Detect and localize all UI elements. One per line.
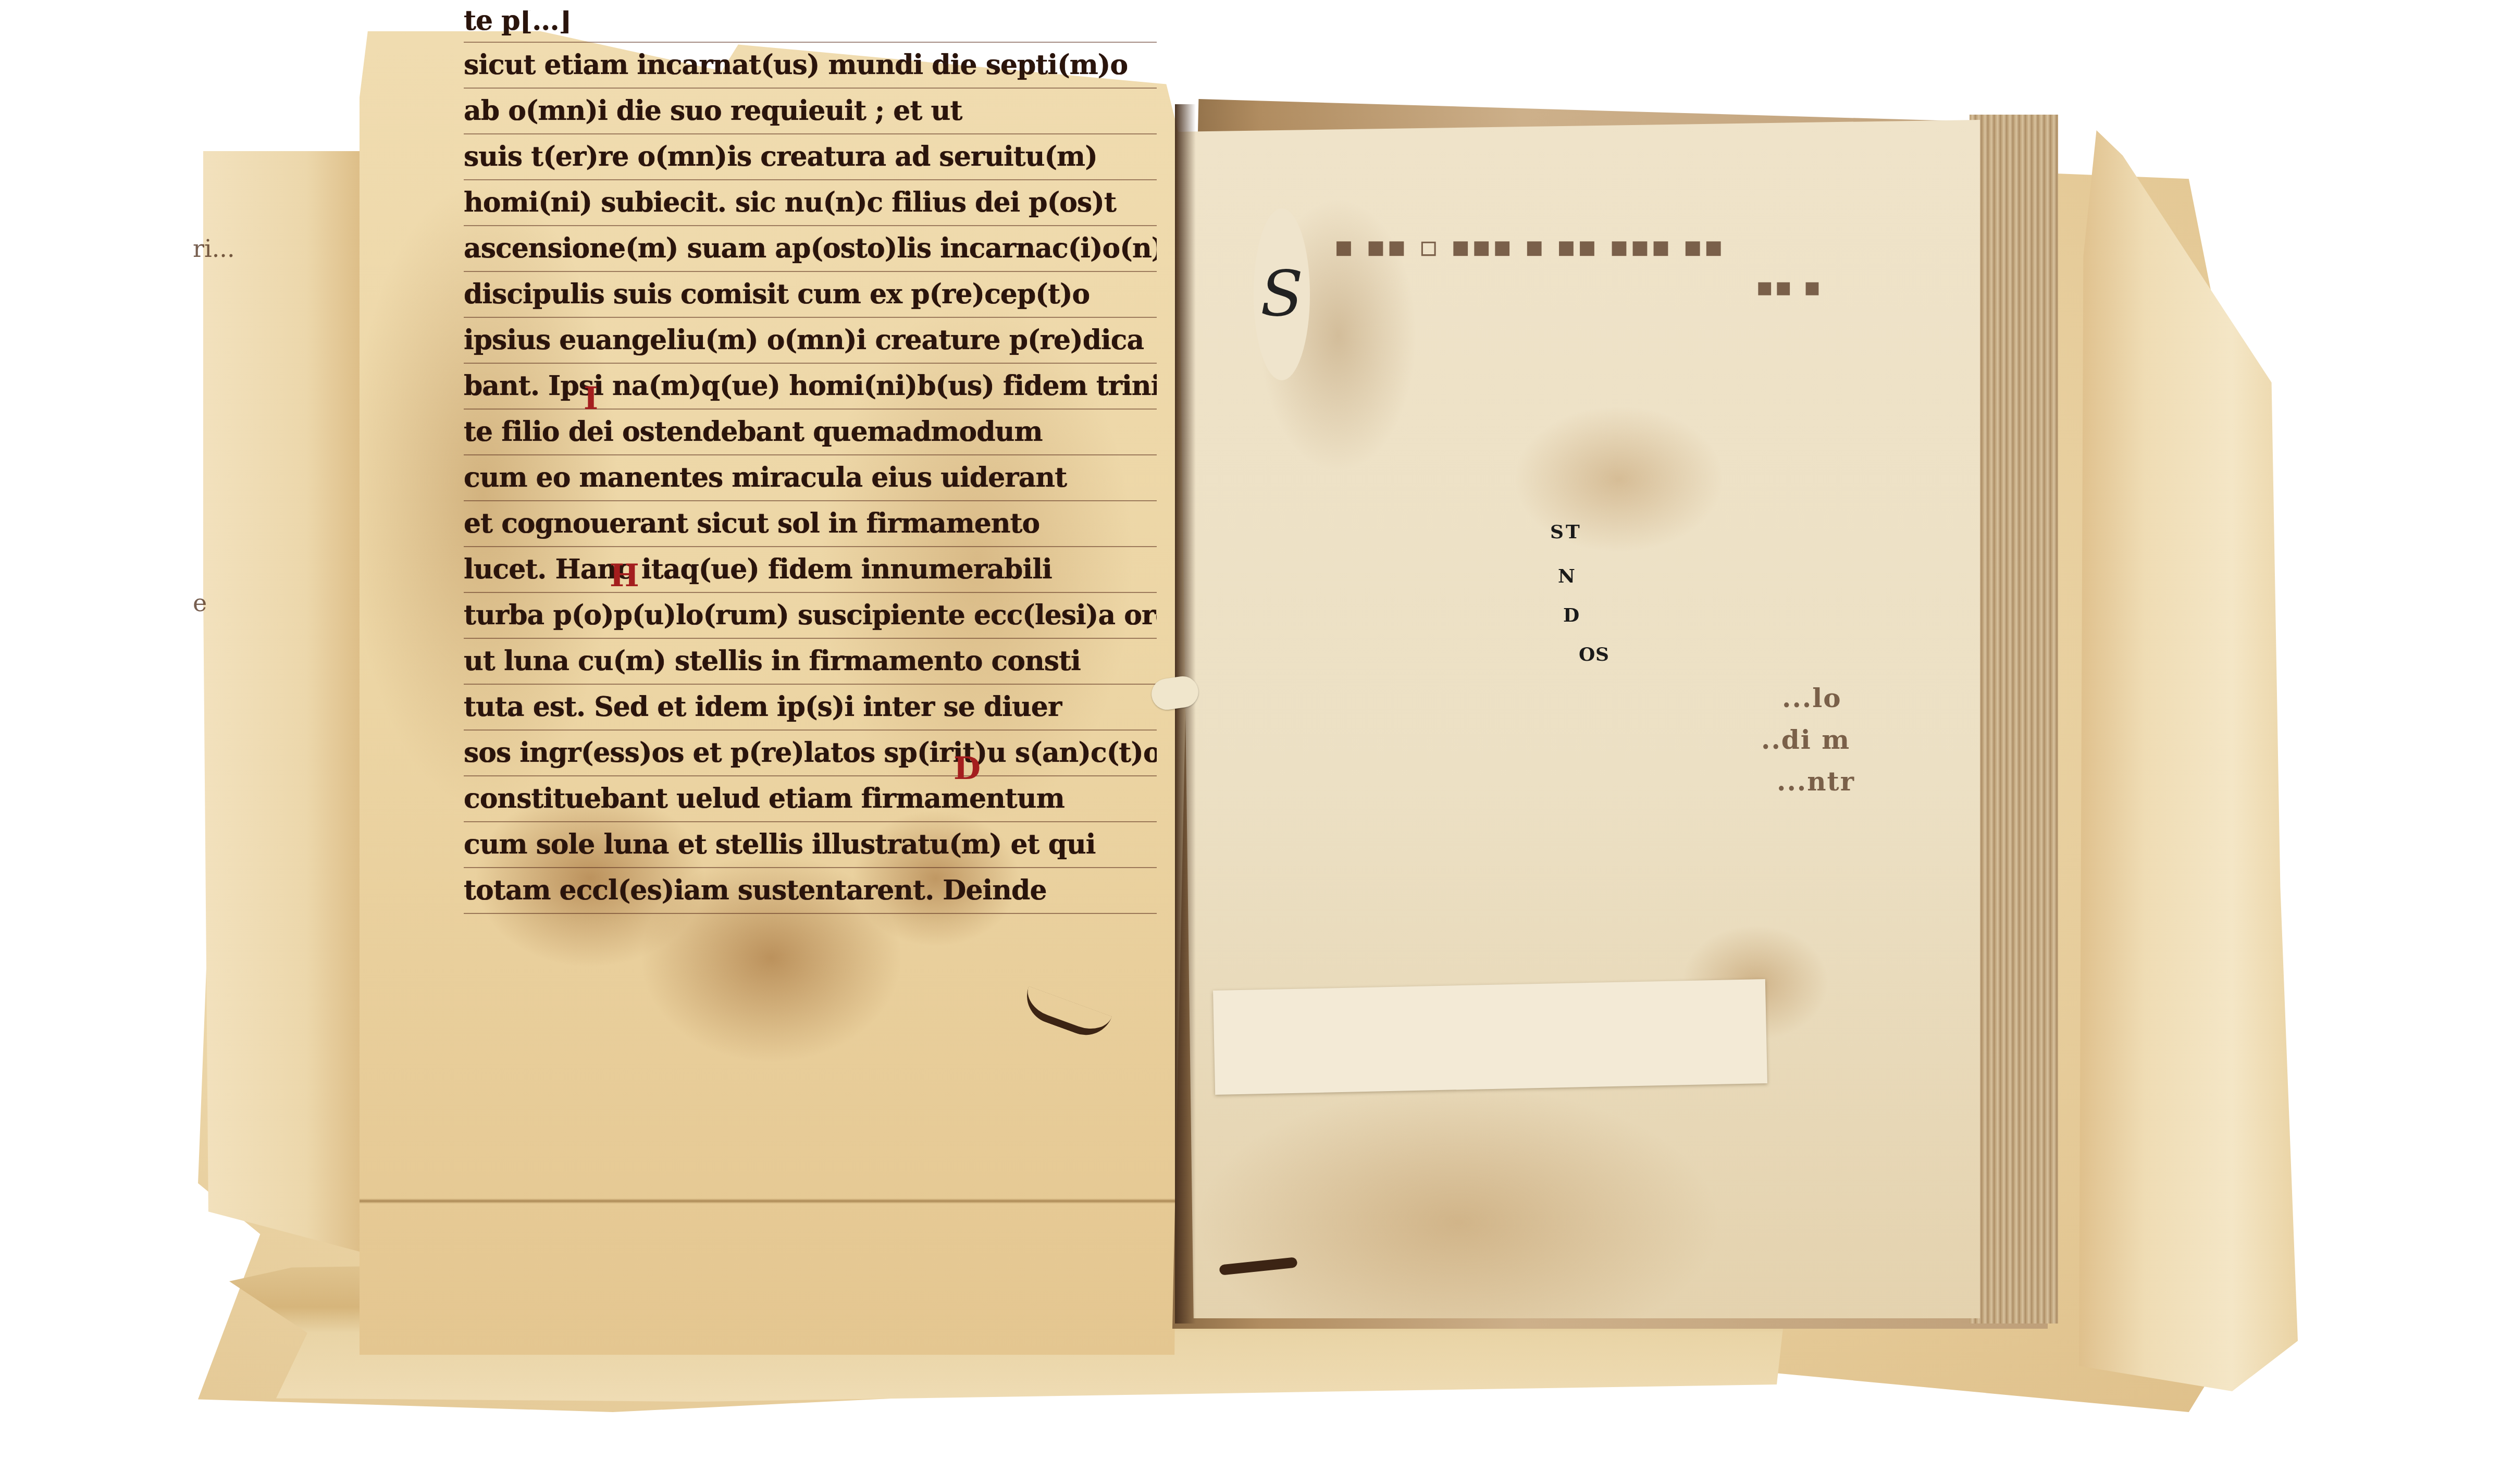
manuscript-line: totam eccl(es)iam sustentarent. Deinde [464,868,1157,914]
printed-capital: N [1558,565,1575,587]
offset-print-row: ▪ ▪▪ ▫ ▪▪▪ ▪ ▪▪ ▪▪▪ ▪▪ [1334,229,1725,264]
manuscript-line: sicut etiam incarnat(us) mundi die septi… [464,43,1157,89]
manuscript-line: homi(ni) subiecit. sic nu(n)c filius dei… [464,180,1157,226]
wrapper-left-flap [203,151,375,1256]
manuscript-line: discipulis suis comisit cum ex p(re)cep(… [464,272,1157,318]
manuscript-line: cum sole luna et stellis illustratu(m) e… [464,822,1157,868]
manuscript-line: suis t(er)re o(mn)is creatura ad seruitu… [464,134,1157,180]
manuscript-line: lucet. Hanc itaq(ue) fidem innumerabili [464,547,1157,593]
offset-print-fragment: ▪▪ ▪ [1756,271,1822,302]
manuscript-text-block: te p[...] sicut etiam incarnat(us) mundi… [464,10,1157,914]
manuscript-line: ut luna cu(m) stellis in firmamento cons… [464,639,1157,685]
rubric-initial: I [584,380,598,417]
printed-capital: D [1563,604,1579,626]
manuscript-line: cum eo manentes miracula eius uiderant [464,455,1157,501]
offset-print-fragment: ...ntr [1777,766,1855,797]
printed-capital: S [1595,644,1609,665]
rubric-initial: D [954,750,981,787]
manuscript-line: sos ingr(ess)os et p(re)latos sp(irit)u … [464,731,1157,776]
gutter-shadow [1175,104,1196,1324]
printed-capital: S [1550,521,1564,543]
manuscript-line: constituebant uelud etiam firmamentum [464,776,1157,822]
paper-repair-strip [1213,979,1767,1095]
fold-line [360,1198,1183,1204]
manuscript-line: ipsius euangeliu(m) o(mn)i creature p(re… [464,318,1157,364]
manuscript-line: bant. Ipsi na(m)q(ue) homi(ni)b(us) fide… [464,364,1157,410]
offset-print-fragment: ..di m [1761,724,1850,755]
printed-capital: O [1579,644,1595,665]
wrapper-margin-mark: e [193,589,207,617]
manuscript-line: te filio dei ostendebant quemadmodum [464,410,1157,455]
manuscript-line: ascensione(m) suam ap(osto)lis incarnac(… [464,226,1157,272]
rubric-initial: H [610,558,639,594]
manuscript-line: turba p(o)p(u)lo(rum) suscipiente ecc(le… [464,593,1157,639]
book-fore-edge [1970,115,2058,1324]
wrapper-margin-mark: ri... [193,234,235,263]
printed-capital: T [1566,521,1580,543]
manuscript-line: te p[...] [464,10,1157,43]
manuscript-line: ab o(mn)i die suo requieuit ; et ut [464,89,1157,134]
manuscript-line: et cognouerant sicut sol in firmamento [464,501,1157,547]
offset-print-fragment: ...lo [1782,683,1842,713]
wrapper-right-flap [2079,130,2298,1391]
manuscript-line: tuta est. Sed et idem ip(s)i inter se di… [464,685,1157,731]
